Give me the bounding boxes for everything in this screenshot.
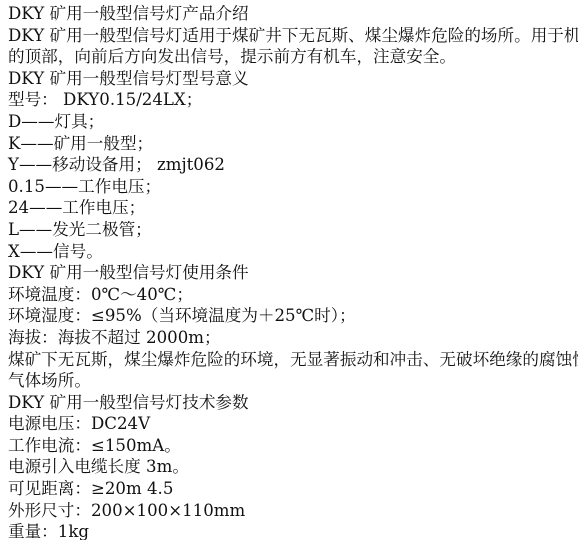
model-code-x: X——信号。 [8,241,578,263]
section-title-conditions: DKY 矿用一般型信号灯使用条件 [8,262,578,284]
spec-supply-voltage: 电源电压：DC24V [8,413,578,435]
spec-visible-distance: 可见距离：≥20m 4.5 [8,478,578,500]
spec-dimensions: 外形尺寸：200×100×110mm [8,500,578,522]
section-title-model: DKY 矿用一般型信号灯型号意义 [8,68,578,90]
section-title-specs: DKY 矿用一般型信号灯技术参数 [8,392,578,414]
intro-paragraph-line-1: DKY 矿用一般型信号灯适用于煤矿井下无瓦斯、煤尘爆炸危险的场所。用于机车 [8,25,578,47]
model-code-y: Y——移动设备用； zmjt062 [8,154,578,176]
spec-cable-length: 电源引入电缆长度 3m。 [8,456,578,478]
spec-weight: 重量：1kg [8,521,578,540]
condition-environment-line-2: 气体场所。 [8,370,578,392]
model-code-k: K——矿用一般型； [8,133,578,155]
condition-altitude: 海拔：海拔不超过 2000m； [8,327,578,349]
model-code-d: D——灯具； [8,111,578,133]
condition-temperature: 环境温度：0℃～40℃； [8,284,578,306]
condition-environment-line-1: 煤矿下无瓦斯，煤尘爆炸危险的环境，无显著振动和冲击、无破坏绝缘的腐蚀性 [8,349,578,371]
condition-humidity: 环境湿度：≤95%（当环境温度为＋25℃时）； [8,305,578,327]
model-number: 型号： DKY0.15/24LX； [8,89,578,111]
model-code-l: L——发光二极管； [8,219,578,241]
model-code-015: 0.15——工作电压； [8,176,578,198]
intro-paragraph-line-2: 的顶部，向前后方向发出信号，提示前方有机车，注意安全。 [8,46,578,68]
section-title-intro: DKY 矿用一般型信号灯产品介绍 [8,3,578,25]
document-body: DKY 矿用一般型信号灯产品介绍 DKY 矿用一般型信号灯适用于煤矿井下无瓦斯、… [0,0,578,540]
model-code-24: 24——工作电压； [8,197,578,219]
spec-working-current: 工作电流：≤150mA。 [8,435,578,457]
